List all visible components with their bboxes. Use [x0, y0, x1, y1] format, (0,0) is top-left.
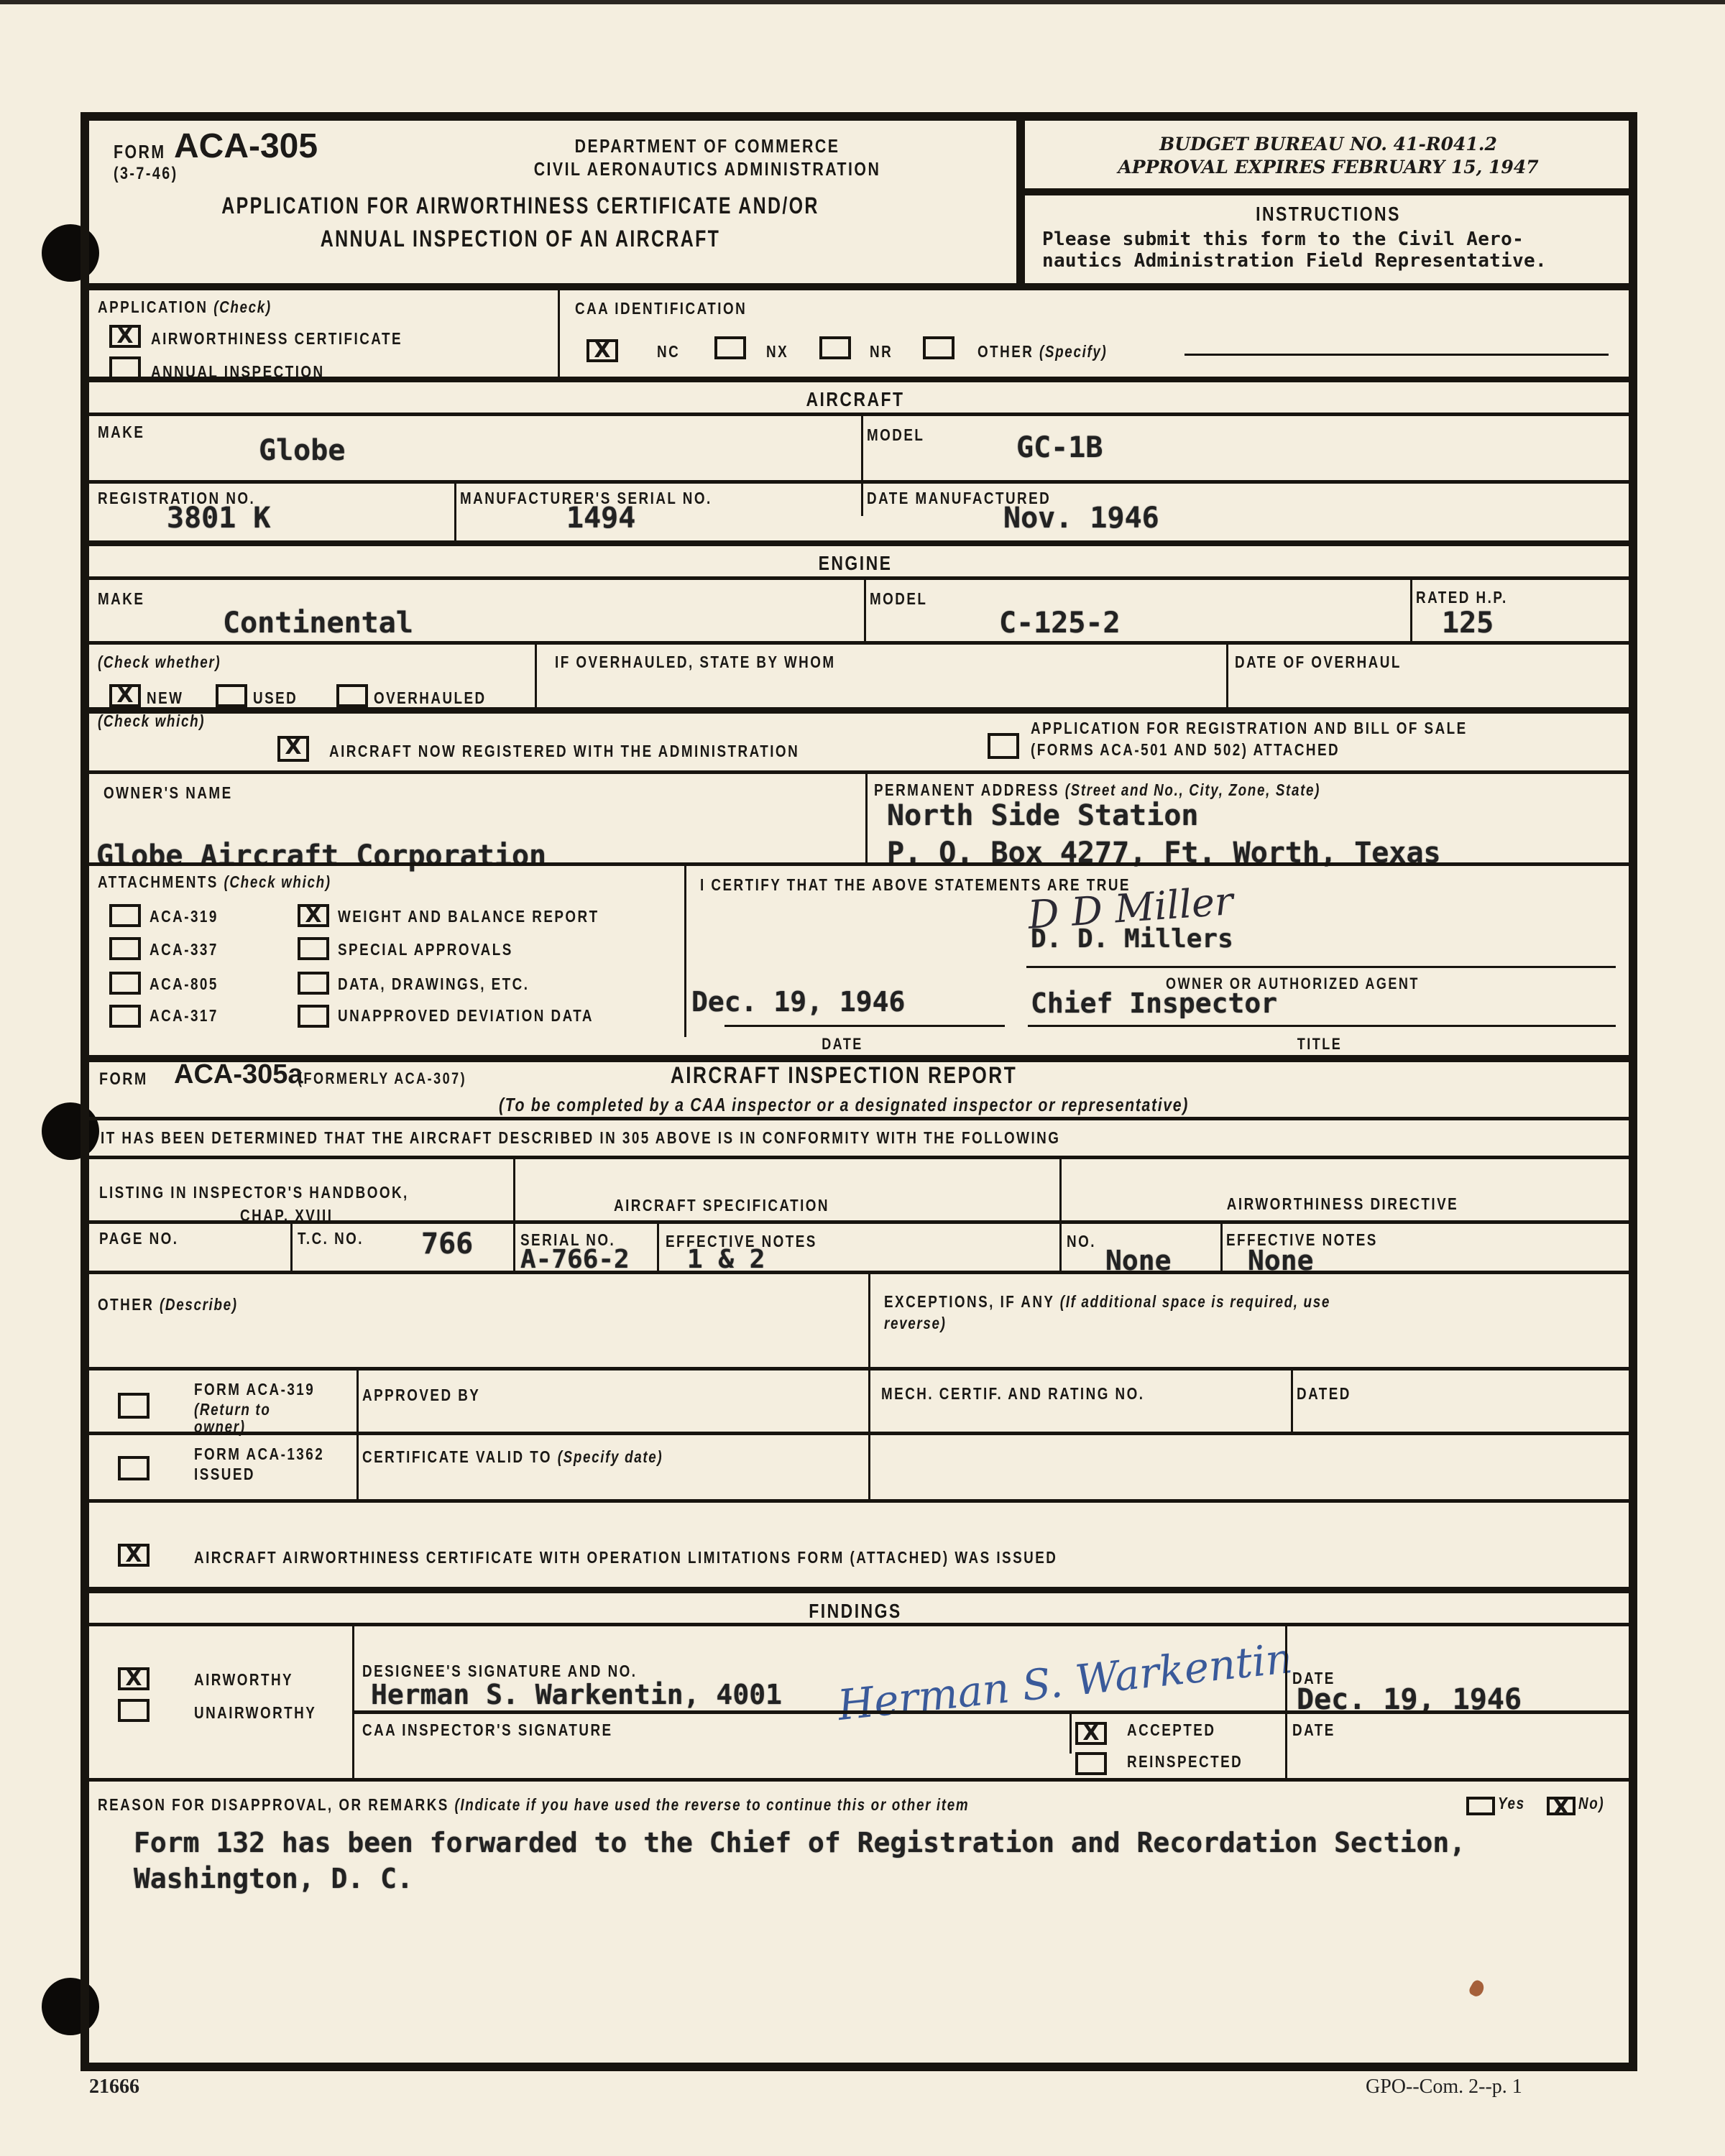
spec-effective-notes-value: 1 & 2	[687, 1245, 765, 1274]
weight-balance-report-checkbox[interactable]	[298, 904, 329, 927]
date-of-overhaul-label: DATE OF OVERHAUL	[1235, 653, 1402, 672]
exceptions-label: EXCEPTIONS, IF ANY (If additional space …	[884, 1292, 1330, 1312]
attachment-aca-805-label: ACA-805	[149, 975, 218, 994]
conformity-statement: IT HAS BEEN DETERMINED THAT THE AIRCRAFT…	[101, 1128, 1060, 1148]
certification-title-value: Chief Inspector	[1031, 987, 1277, 1019]
nc-checkbox[interactable]	[586, 339, 618, 362]
divider	[89, 707, 1629, 714]
divider	[1291, 1369, 1293, 1434]
engine-make-value: Continental	[223, 607, 413, 640]
divider	[861, 415, 863, 516]
form-title-line1: APPLICATION FOR AIRWORTHINESS CERTIFICAT…	[221, 193, 819, 219]
engine-overhauled-label: OVERHAULED	[374, 688, 487, 708]
divider	[89, 1156, 1629, 1159]
tc-no-label: T.C. NO.	[298, 1229, 364, 1248]
airworthiness-directive-label: AIRWORTHINESS DIRECTIVE	[1227, 1194, 1458, 1214]
form-aca-305: FORM ACA-305 (3-7-46) DEPARTMENT OF COMM…	[80, 112, 1637, 2071]
attachment-aca-317-checkbox[interactable]	[109, 1005, 141, 1028]
other-specify-field[interactable]	[1184, 354, 1609, 356]
divider	[89, 540, 1629, 546]
signer-name-value: D. D. Millers	[1031, 924, 1233, 954]
designee-signature-label: DESIGNEE'S SIGNATURE AND NO.	[362, 1662, 638, 1681]
divider	[89, 1587, 1629, 1593]
unapproved-deviation-checkbox[interactable]	[298, 1005, 329, 1028]
designee-signature: Herman S. Warkentin	[835, 1634, 1294, 1730]
paper-top-edge	[0, 0, 1725, 4]
manufacturer-serial-value: 1494	[566, 502, 635, 535]
engine-make-label: MAKE	[98, 589, 144, 609]
attachment-aca-319-label: ACA-319	[149, 907, 218, 926]
divider	[89, 1220, 1629, 1224]
instructions-text-line2: nautics Administration Field Representat…	[1042, 250, 1547, 272]
divider	[684, 865, 686, 1037]
divider	[1410, 579, 1412, 643]
divider	[865, 773, 868, 865]
remarks-yes-label: Yes	[1498, 1794, 1525, 1813]
registration-application-label-line1: APPLICATION FOR REGISTRATION AND BILL OF…	[1031, 719, 1468, 738]
engine-section-title: ENGINE	[819, 552, 893, 575]
header-divider	[1016, 121, 1025, 286]
caa-inspector-signature-label: CAA INSPECTOR'S SIGNATURE	[362, 1720, 613, 1740]
divider	[352, 1710, 1629, 1714]
form-revision-date: (3-7-46)	[114, 164, 178, 184]
form-aca-1362-label-2: ISSUED	[194, 1465, 255, 1484]
approved-by-label: APPROVED BY	[362, 1386, 480, 1405]
divider	[89, 480, 1629, 484]
title-line	[1028, 1025, 1616, 1027]
airworthy-checkbox[interactable]	[118, 1667, 149, 1690]
approval-expiration: APPROVAL EXPIRES FEBRUARY 15, 1947	[1118, 157, 1538, 178]
address-line1-value: North Side Station	[887, 799, 1198, 832]
attachment-aca-337-checkbox[interactable]	[109, 937, 141, 960]
aircraft-model-value: GC-1B	[1016, 431, 1103, 464]
weight-balance-report-label: WEIGHT AND BALANCE REPORT	[338, 907, 599, 926]
divider	[1069, 1712, 1072, 1754]
divider	[89, 576, 1629, 580]
nr-checkbox[interactable]	[819, 336, 851, 359]
divider	[513, 1158, 515, 1273]
divider	[89, 1432, 1629, 1435]
divider	[657, 1222, 659, 1273]
instructions-title: INSTRUCTIONS	[1256, 203, 1401, 226]
divider	[89, 377, 1629, 382]
agency-name: CIVIL AERONAUTICS ADMINISTRATION	[534, 158, 881, 180]
engine-check-whether-label: (Check whether)	[98, 653, 221, 672]
divider	[1220, 1222, 1223, 1273]
inspection-report-subtitle: (To be completed by a CAA inspector or a…	[499, 1094, 1189, 1116]
inspection-form-number: ACA-305a	[174, 1059, 303, 1090]
accepted-checkbox[interactable]	[1075, 1722, 1107, 1745]
date-manufactured-value: Nov. 1946	[1003, 502, 1159, 535]
nx-label: NX	[766, 342, 788, 361]
application-label: APPLICATION (Check)	[98, 298, 272, 317]
attachment-aca-805-checkbox[interactable]	[109, 972, 141, 995]
reinspected-label: REINSPECTED	[1127, 1752, 1243, 1772]
reinspected-checkbox[interactable]	[1075, 1752, 1107, 1775]
divider	[558, 290, 560, 378]
divider	[89, 1499, 1629, 1503]
remarks-no-checkbox[interactable]	[1547, 1797, 1575, 1815]
form-label: FORM	[114, 141, 166, 163]
special-approvals-label: SPECIAL APPROVALS	[338, 940, 513, 959]
registration-no-value: 3801 K	[167, 502, 271, 535]
rated-hp-value: 125	[1442, 607, 1494, 640]
engine-model-value: C-125-2	[999, 607, 1121, 640]
divider	[89, 1117, 1629, 1120]
nx-checkbox[interactable]	[714, 336, 746, 359]
inspection-form-formerly: (FORMERLY ACA-307)	[298, 1069, 466, 1088]
overhauled-by-label: IF OVERHAULED, STATE BY WHOM	[555, 653, 836, 672]
handbook-listing-label-1: LISTING IN INSPECTOR'S HANDBOOK,	[99, 1183, 409, 1202]
certificate-valid-label: CERTIFICATE VALID TO (Specify date)	[362, 1447, 663, 1467]
other-describe-label: OTHER (Describe)	[98, 1295, 238, 1314]
divider	[89, 1271, 1629, 1274]
engine-overhauled-checkbox[interactable]	[336, 684, 368, 707]
form-aca-1362-checkbox[interactable]	[118, 1456, 149, 1480]
registration-application-checkbox[interactable]	[988, 733, 1019, 759]
engine-new-checkbox[interactable]	[109, 684, 141, 707]
dated-label: DATED	[1297, 1384, 1351, 1404]
data-drawings-label: DATA, DRAWINGS, ETC.	[338, 975, 529, 994]
divider	[89, 641, 1629, 645]
divider	[1285, 1712, 1287, 1779]
airworthiness-certificate-label: AIRWORTHINESS CERTIFICATE	[151, 329, 402, 349]
footer-printer-code: GPO--Com. 2--p. 1	[1366, 2076, 1522, 2099]
engine-used-label: USED	[253, 688, 298, 708]
divider	[868, 1273, 870, 1503]
divider	[352, 1712, 354, 1779]
registration-check-which-label: (Check which)	[98, 711, 205, 731]
engine-new-label: NEW	[147, 688, 183, 708]
unapproved-deviation-label: UNAPPROVED DEVIATION DATA	[338, 1006, 594, 1026]
divider	[89, 1367, 1629, 1370]
attachment-aca-317-label: ACA-317	[149, 1006, 218, 1026]
airworthiness-certificate-checkbox[interactable]	[109, 325, 141, 348]
serial-no-value: A-766-2	[520, 1245, 630, 1274]
budget-bureau-number: BUDGET BUREAU NO. 41-R041.2	[1159, 134, 1497, 155]
aircraft-registered-checkbox[interactable]	[277, 736, 309, 762]
inspection-report-title: AIRCRAFT INSPECTION REPORT	[671, 1062, 1017, 1089]
remarks-line1: Form 132 has been forwarded to the Chief…	[134, 1827, 1466, 1858]
data-drawings-checkbox[interactable]	[298, 972, 329, 995]
caa-identification-label: CAA IDENTIFICATION	[575, 299, 747, 318]
findings-section-title: FINDINGS	[809, 1600, 901, 1623]
accepted-label: ACCEPTED	[1127, 1720, 1215, 1740]
registration-application-label-line2: (FORMS ACA-501 AND 502) ATTACHED	[1031, 740, 1340, 760]
attachment-aca-337-label: ACA-337	[149, 940, 218, 959]
ad-no-label: NO.	[1067, 1232, 1096, 1251]
page-no-label: PAGE NO.	[99, 1229, 179, 1248]
form-aca-319-label-1: FORM ACA-319	[194, 1380, 315, 1399]
remarks-line2: Washington, D. C.	[134, 1863, 413, 1894]
rated-hp-label: RATED H.P.	[1416, 588, 1508, 607]
divider	[89, 1055, 1629, 1062]
divider	[89, 413, 1629, 416]
date-caption: DATE	[822, 1035, 863, 1054]
owner-name-label: OWNER'S NAME	[103, 783, 233, 803]
aircraft-make-value: Globe	[259, 434, 345, 467]
engine-used-checkbox[interactable]	[216, 684, 247, 707]
remarks-yes-checkbox[interactable]	[1466, 1797, 1495, 1815]
unairworthy-checkbox[interactable]	[118, 1699, 149, 1722]
aircraft-specification-label: AIRCRAFT SPECIFICATION	[614, 1196, 829, 1215]
attachment-aca-319-checkbox[interactable]	[109, 904, 141, 927]
findings-date2-label: DATE	[1292, 1720, 1335, 1740]
divider	[864, 579, 866, 643]
nr-label: NR	[870, 342, 893, 361]
divider	[89, 1778, 1629, 1782]
certificate-issued-label: AIRCRAFT AIRWORTHINESS CERTIFICATE WITH …	[194, 1548, 1057, 1567]
remarks-no-label: No)	[1578, 1794, 1604, 1813]
remarks-label: REASON FOR DISAPPROVAL, OR REMARKS (Indi…	[98, 1795, 969, 1815]
certificate-issued-checkbox[interactable]	[118, 1544, 149, 1567]
tc-no-value: 766	[421, 1227, 473, 1261]
other-checkbox[interactable]	[923, 336, 954, 359]
divider	[89, 770, 1629, 774]
date-line	[724, 1025, 1005, 1027]
divider	[89, 283, 1629, 290]
unairworthy-label: UNAIRWORTHY	[194, 1703, 316, 1723]
designee-name-value: Herman S. Warkentin, 4001	[371, 1679, 782, 1710]
special-approvals-checkbox[interactable]	[298, 937, 329, 960]
attachments-label: ATTACHMENTS (Check which)	[98, 872, 331, 892]
instructions-divider	[1021, 188, 1637, 195]
engine-model-label: MODEL	[870, 589, 927, 609]
nc-label: NC	[657, 342, 680, 361]
other-label: OTHER (Specify)	[977, 342, 1107, 361]
divider	[89, 1623, 1629, 1626]
exceptions-label-cont: reverse)	[884, 1314, 947, 1333]
airworthy-label: AIRWORTHY	[194, 1670, 293, 1690]
divider	[1226, 643, 1228, 709]
aircraft-section-title: AIRCRAFT	[806, 388, 904, 411]
divider	[89, 862, 1629, 866]
instructions-text-line1: Please submit this form to the Civil Aer…	[1042, 229, 1524, 250]
divider	[454, 482, 456, 543]
department-name: DEPARTMENT OF COMMERCE	[575, 135, 840, 157]
form-aca-319-label-2: (Return to	[194, 1400, 270, 1419]
divider	[535, 643, 537, 709]
form-aca-1362-label-1: FORM ACA-1362	[194, 1445, 324, 1464]
permanent-address-label: PERMANENT ADDRESS (Street and No., City,…	[874, 780, 1320, 800]
mech-cert-label: MECH. CERTIF. AND RATING NO.	[881, 1384, 1144, 1404]
form-title-line2: ANNUAL INSPECTION OF AN AIRCRAFT	[321, 226, 721, 252]
title-caption: TITLE	[1297, 1035, 1342, 1054]
certification-date-value: Dec. 19, 1946	[691, 986, 905, 1018]
form-aca-319-checkbox[interactable]	[118, 1393, 149, 1419]
owner-name-value: Globe Aircraft Corporation	[96, 839, 546, 872]
signature-line	[1026, 966, 1616, 968]
aircraft-model-label: MODEL	[867, 425, 924, 445]
inspection-form-label: FORM	[99, 1069, 148, 1089]
form-number: ACA-305	[174, 126, 318, 166]
divider	[356, 1369, 359, 1502]
divider	[1059, 1158, 1062, 1273]
aircraft-make-label: MAKE	[98, 423, 144, 442]
divider	[290, 1222, 293, 1273]
footer-form-code: 21666	[89, 2076, 139, 2099]
aircraft-registered-label: AIRCRAFT NOW REGISTERED WITH THE ADMINIS…	[329, 742, 799, 761]
